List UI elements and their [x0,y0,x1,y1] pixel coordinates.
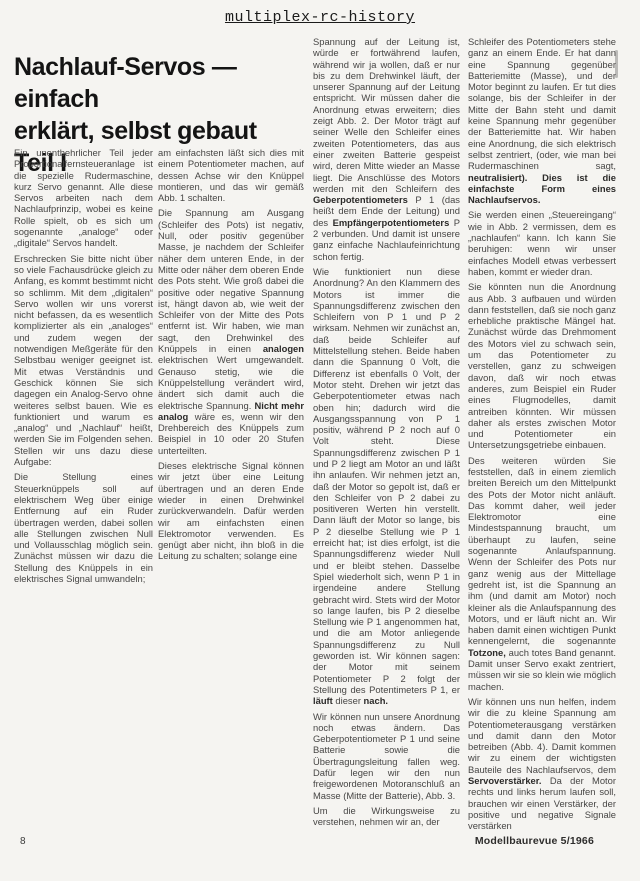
text-column-3: Spannung auf der Leitung ist, würde er f… [313,36,460,831]
site-header-text: multiplex-rc-history [0,9,640,26]
text-column-1: Ein unentbehrlicher Teil jeder Proportio… [14,147,153,588]
bold-text-run: nach. [364,695,389,706]
paragraph: Spannung auf der Leitung ist, würde er f… [313,36,460,262]
paragraph: Wie funktioniert nun diese Anordnung? An… [313,266,460,707]
paragraph: Sie werden einen „Steuereingang“ wie in … [468,209,616,277]
paragraph: Wir können uns nun helfen, indem wir die… [468,696,616,832]
magazine-page: multiplex-rc-history Nachlauf-Servos — e… [0,0,640,881]
paragraph: Schleifer des Potentiometers stehe ganz … [468,36,616,205]
paragraph: Die Stellung eines Steuerknüppels soll a… [14,471,153,584]
bold-text-run: Servoverstärker. [468,775,542,786]
paragraph: Ein unentbehrlicher Teil jeder Proportio… [14,147,153,249]
footer-journal-name: Modellbaurevue 5/1966 [475,835,594,847]
text-run: Wir können uns nun helfen, indem wir die… [468,696,616,775]
footer-page-number: 8 [20,836,26,847]
text-column-2: am einfachsten läßt sich dies mit einem … [158,147,304,566]
paragraph: Des weiteren würden Sie feststellen, daß… [468,455,616,692]
text-run: am einfachsten läßt sich dies mit einem … [158,147,304,203]
paragraph: Dieses elektrische Signal können wir jet… [158,460,304,562]
text-run: Ein unentbehrlicher Teil jeder Proportio… [14,147,153,248]
text-run: Sie werden einen „Steuereingang“ wie in … [468,209,616,276]
text-run: Sie könnten nun die Anordnung aus Abb. 3… [468,281,616,450]
paragraph: Sie könnten nun die Anordnung aus Abb. 3… [468,281,616,450]
paragraph: Erschrecken Sie bitte nicht über so viel… [14,253,153,468]
text-run: Spannung auf der Leitung ist, würde er f… [313,36,460,194]
paragraph: am einfachsten läßt sich dies mit einem … [158,147,304,203]
text-run: Dieses elektrische Signal können wir jet… [158,460,304,561]
text-run: dieser [333,695,364,706]
paragraph: Die Spannung am Ausgang (Schleifer des P… [158,207,304,456]
bold-text-run: Geberpotentiometers [313,194,408,205]
bold-text-run: neutralisiert). Dies ist die einfachste … [468,172,616,206]
paragraph: Um die Wirkungsweise zu verstehen, nehme… [313,805,460,828]
text-run: Des weiteren würden Sie feststellen, daß… [468,455,616,647]
bold-text-run: analogen [263,343,304,354]
bold-text-run: Totzone, [468,647,506,658]
text-run: Wir können nun unsere Anordnung noch etw… [313,711,460,801]
paragraph: Wir können nun unsere Anordnung noch etw… [313,711,460,801]
bold-text-run: läuft [313,695,333,706]
text-run: Schleifer des Potentiometers stehe ganz … [468,36,616,171]
bold-text-run: Empfängerpotentiometers [333,217,450,228]
text-run: Erschrecken Sie bitte nicht über so viel… [14,253,153,467]
text-run: Die Spannung am Ausgang (Schleifer des P… [158,207,304,354]
text-run: Die Stellung eines Steuerknüppels soll a… [14,471,153,584]
text-run: Um die Wirkungsweise zu verstehen, nehme… [313,805,460,827]
text-column-4: Schleifer des Potentiometers stehe ganz … [468,36,616,835]
text-run: Wie funktioniert nun diese Anordnung? An… [313,266,460,695]
